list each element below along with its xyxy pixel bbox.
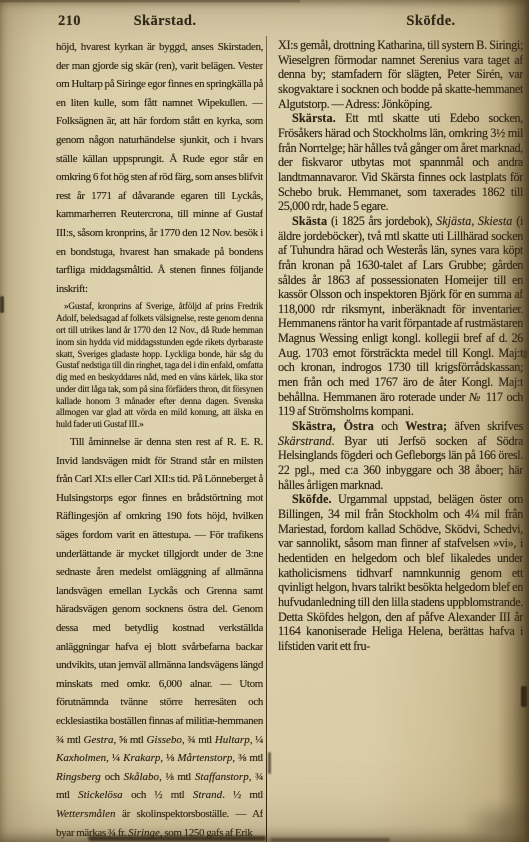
scan-artifact-top-edge: [0, 0, 300, 2]
paragraph-till-aminnelse: Till åminnelse är denna sten rest af R. …: [56, 433, 263, 842]
entry-skastra: Skästra, Östra och Westra; äfven skrifve…: [278, 419, 523, 492]
page-header: 210 Skärstad. Sköfde.: [0, 13, 529, 33]
left-column: höjd, hvarest kyrkan är byggd, anses Ski…: [56, 38, 263, 842]
inscription-quote: »Gustaf, kronprins af Sverige, åtföljd a…: [56, 301, 263, 431]
left-column-header: Skärstad.: [122, 13, 208, 30]
entry-skasta: Skästa (i 1825 års jordebok), Skjästa, S…: [278, 214, 523, 419]
paragraph-skarstad-continuation: höjd, hvarest kyrkan är byggd, anses Ski…: [56, 38, 263, 298]
book-page: 210 Skärstad. Sköfde. höjd, hvarest kyrk…: [0, 0, 529, 842]
column-divider-rule: [266, 36, 267, 842]
page-number: 210: [58, 13, 81, 30]
scan-artifact-left-edge: [0, 296, 4, 313]
entry-skarsta: Skärsta. Ett mtl skatte uti Edebo socken…: [278, 111, 523, 214]
scan-artifact-right-dash: [523, 350, 527, 359]
entry-skofde: Sköfde. Urgammal uppstad, belägen öster …: [278, 492, 523, 653]
paragraph-xis-gemal-continuation: XI:s gemål, drottning Katharina, till sy…: [278, 38, 523, 111]
scan-artifact-divider-dash: [268, 752, 271, 774]
right-column-header: Sköfde.: [388, 13, 474, 30]
right-column: XI:s gemål, drottning Katharina, till sy…: [278, 38, 523, 842]
